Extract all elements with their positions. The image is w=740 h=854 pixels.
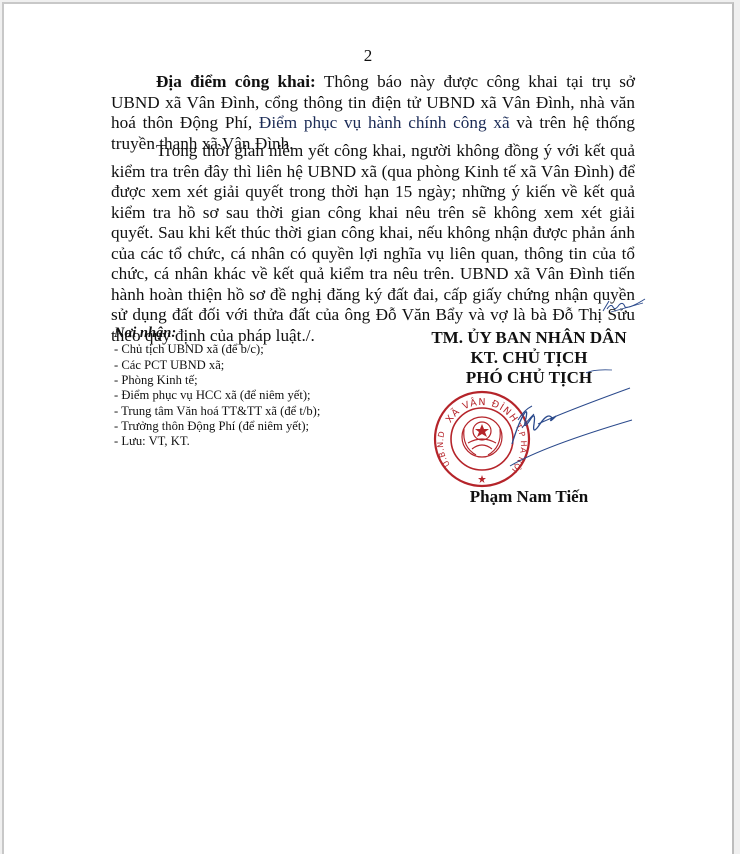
recipient-item: - Điểm phục vụ HCC xã (để niêm yết); xyxy=(114,388,320,403)
page-number: 2 xyxy=(4,46,732,66)
recipients-items: - Chủ tịch UBND xã (để b/c); - Các PCT U… xyxy=(114,342,320,449)
signer-name: Phạm Nam Tiến xyxy=(414,487,644,507)
recipients-heading-text: Nơi nhận: xyxy=(114,325,176,341)
handwritten-signature-icon xyxy=(504,384,634,474)
public-location-highlight: Điểm phục vụ hành chính công xã xyxy=(259,113,510,132)
recipient-item: - Các PCT UBND xã; xyxy=(114,358,320,373)
recipient-item: - Phòng Kinh tế; xyxy=(114,373,320,388)
signature-title-line1: TM. ỦY BAN NHÂN DÂN xyxy=(414,328,644,348)
small-initial-mark: ~ xyxy=(179,330,182,336)
recipient-item: - Chủ tịch UBND xã (để b/c); xyxy=(114,342,320,357)
public-location-label: Địa điểm công khai: xyxy=(156,72,316,91)
recipients-list: Nơi nhận:~ - Chủ tịch UBND xã (để b/c); … xyxy=(114,326,320,449)
initials-signature-icon xyxy=(599,295,649,315)
recipients-heading: Nơi nhận:~ xyxy=(114,326,320,341)
document-page: 2 Địa điểm công khai: Thông báo này được… xyxy=(2,2,734,854)
recipient-item: - Lưu: VT, KT. xyxy=(114,434,320,449)
objection-period-text: Trong thời gian niêm yết công khai, ngườ… xyxy=(111,141,635,345)
recipient-item: - Trưởng thôn Động Phí (để niêm yết); xyxy=(114,419,320,434)
signature-block: TM. ỦY BAN NHÂN DÂN KT. CHỦ TỊCH PHÓ CHỦ… xyxy=(414,328,644,388)
svg-text:U.B.N.D: U.B.N.D xyxy=(436,430,452,469)
recipient-item: - Trung tâm Văn hoá TT&TT xã (để t/b); xyxy=(114,404,320,419)
signature-title-line2: KT. CHỦ TỊCH xyxy=(414,348,644,368)
title-ink-mark-icon xyxy=(584,367,614,377)
paragraph-objection-period: Trong thời gian niêm yết công khai, ngườ… xyxy=(111,141,635,346)
